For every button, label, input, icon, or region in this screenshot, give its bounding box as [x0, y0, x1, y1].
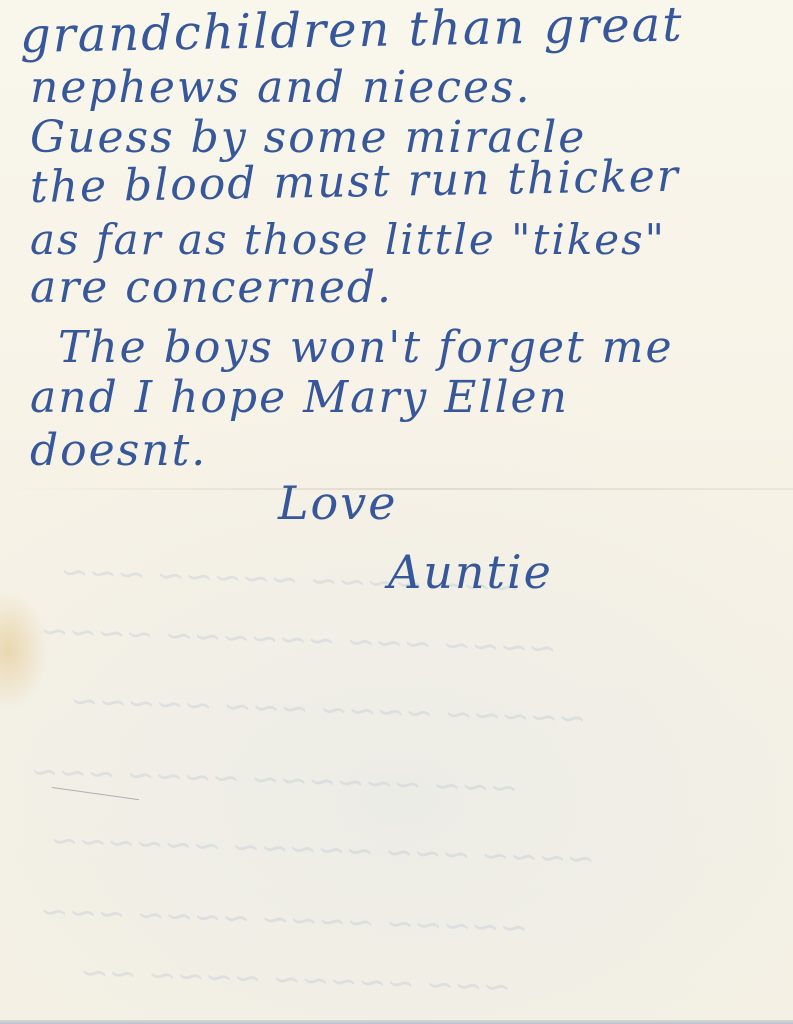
letter-line-6: are concerned.: [30, 262, 393, 313]
letter-line-9: doesnt.: [30, 425, 207, 476]
letter-line-5: as far as those little "tikes": [30, 215, 666, 264]
letter-signature: Auntie: [388, 545, 553, 599]
letter-line-8: and I hope Mary Ellen: [30, 372, 569, 423]
letter-line-2: nephews and nieces.: [30, 62, 532, 113]
letter-line-7: The boys won't forget me: [58, 322, 674, 373]
letter-closing: Love: [278, 476, 397, 530]
scan-bottom-edge: [0, 1020, 793, 1024]
